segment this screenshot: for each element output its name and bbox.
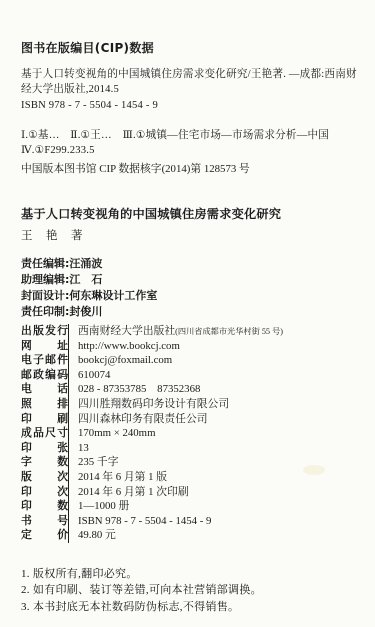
publication-value-cell: 2014 年 6 月第 1 版 — [68, 470, 167, 485]
publication-value: 西南财经大学出版社 — [78, 325, 175, 337]
publication-value-cell: 四川胜翔数码印务设计有限公司 — [68, 397, 229, 412]
publication-value: 四川胜翔数码印务设计有限公司 — [78, 398, 229, 410]
publication-row: 印刷四川森林印务有限责任公司 — [21, 412, 357, 427]
cip-record-block: 基于人口转变视角的中国城镇住房需求变化研究/王艳著. —成都:西南财经大学出版社… — [21, 67, 357, 113]
publication-row: 印张13 — [21, 441, 357, 456]
cip-classification-line1: Ⅰ.①基… Ⅱ.①王… Ⅲ.①城镇—住宅市场—市场需求分析—中国 — [21, 129, 357, 144]
publication-row: 印数1—1000 册 — [21, 499, 357, 514]
notices-list: 1. 版权所有,翻印必究。2. 如有印刷、装订等差错,可向本社营销部调换。3. … — [21, 566, 357, 616]
publication-value-cell: 028 - 87353785 87352368 — [68, 382, 200, 397]
notice-line: 3. 本书封底无本社数码防伪标志,不得销售。 — [21, 599, 357, 616]
cip-record-line: 基于人口转变视角的中国城镇住房需求变化研究/王艳著. —成都:西南财经大学出版社… — [21, 67, 357, 97]
scan-artifact — [303, 465, 325, 475]
staff-role-label: 责任编辑 — [21, 257, 65, 270]
publication-value-cell: bookcj@foxmail.com — [68, 353, 172, 368]
publication-row: 书号ISBN 978 - 7 - 5504 - 1454 - 9 — [21, 514, 357, 529]
staff-row: 责任印制:封俊川 — [21, 304, 357, 320]
publication-value: 1—1000 册 — [78, 500, 129, 512]
publication-label: 照排 — [21, 397, 68, 412]
publication-value: 028 - 87353785 87352368 — [78, 383, 200, 395]
publication-label: 书号 — [21, 514, 68, 529]
publication-value-cell: 49.80 元 — [68, 528, 116, 543]
publication-value-cell: ISBN 978 - 7 - 5504 - 1454 - 9 — [68, 514, 211, 529]
book-title: 基于人口转变视角的中国城镇住房需求变化研究 — [21, 205, 357, 222]
book-copyright-page: 图书在版编目(CIP)数据 基于人口转变视角的中国城镇住房需求变化研究/王艳著.… — [0, 0, 375, 627]
publication-value-cell: 13 — [68, 441, 89, 456]
publication-value-cell: 1—1000 册 — [68, 499, 129, 514]
publication-value-cell: 四川森林印务有限责任公司 — [68, 412, 208, 427]
staff-row: 封面设计:何东琳设计工作室 — [21, 288, 357, 304]
publication-row: 成品尺寸170mm × 240mm — [21, 426, 357, 441]
publication-row: 电话028 - 87353785 87352368 — [21, 382, 357, 397]
publication-label: 电话 — [21, 382, 68, 397]
publication-table: 出版发行西南财经大学出版社(四川省成都市光华村街 55 号)网址http://w… — [21, 324, 357, 543]
staff-list: 责任编辑:汪涌波助理编辑:江 石封面设计:何东琳设计工作室责任印制:封俊川 — [21, 256, 357, 320]
publication-label: 印刷 — [21, 412, 68, 427]
publication-value: 170mm × 240mm — [78, 427, 155, 439]
publication-row: 印次2014 年 6 月第 1 次印刷 — [21, 485, 357, 500]
cip-classification-block: Ⅰ.①基… Ⅱ.①王… Ⅲ.①城镇—住宅市场—市场需求分析—中国 Ⅳ.①F299… — [21, 129, 357, 158]
publication-label: 网址 — [21, 339, 68, 354]
notice-line: 1. 版权所有,翻印必究。 — [21, 566, 357, 583]
staff-role-label: 助理编辑 — [21, 273, 65, 286]
publication-value-cell: http://www.bookcj.com — [68, 339, 180, 354]
publication-value: bookcj@foxmail.com — [78, 354, 172, 366]
publication-label: 电子邮件 — [21, 353, 68, 368]
publication-row: 邮政编码610074 — [21, 368, 357, 383]
cip-registry-line: 中国版本图书馆 CIP 数据核字(2014)第 128573 号 — [21, 162, 357, 177]
publication-label: 版次 — [21, 470, 68, 485]
publication-value: 610074 — [78, 369, 110, 381]
publication-label: 邮政编码 — [21, 368, 68, 383]
publication-value: http://www.bookcj.com — [78, 340, 180, 352]
publication-row: 电子邮件bookcj@foxmail.com — [21, 353, 357, 368]
publication-value-cell: 610074 — [68, 368, 110, 383]
publication-value-cell: 2014 年 6 月第 1 次印刷 — [68, 485, 189, 500]
publication-label: 印张 — [21, 441, 68, 456]
staff-role-label: 封面设计 — [21, 289, 65, 302]
publication-row: 照排四川胜翔数码印务设计有限公司 — [21, 397, 357, 412]
cip-classification-line2: Ⅳ.①F299.233.5 — [21, 144, 357, 159]
publication-value: 13 — [78, 442, 89, 454]
staff-row: 责任编辑:汪涌波 — [21, 256, 357, 272]
publication-row: 网址http://www.bookcj.com — [21, 339, 357, 354]
publication-value-cell: 235 千字 — [68, 455, 119, 470]
publication-value: 235 千字 — [78, 456, 119, 468]
publication-value-cell: 170mm × 240mm — [68, 426, 155, 441]
staff-name: 何东琳设计工作室 — [69, 289, 157, 302]
notice-line: 2. 如有印刷、装订等差错,可向本社营销部调换。 — [21, 582, 357, 599]
staff-role-label: 责任印制 — [21, 305, 65, 318]
publication-row: 出版发行西南财经大学出版社(四川省成都市光华村街 55 号) — [21, 324, 357, 339]
cip-header: 图书在版编目(CIP)数据 — [21, 39, 357, 56]
publication-row: 定价49.80 元 — [21, 528, 357, 543]
staff-row: 助理编辑:江 石 — [21, 272, 357, 288]
book-author: 王 艳 著 — [21, 227, 357, 243]
staff-name: 封俊川 — [69, 305, 102, 318]
publication-label: 定价 — [21, 528, 68, 543]
publication-value-note: (四川省成都市光华村街 55 号) — [175, 327, 283, 336]
publication-value: ISBN 978 - 7 - 5504 - 1454 - 9 — [78, 515, 211, 527]
publication-value: 2014 年 6 月第 1 次印刷 — [78, 486, 189, 498]
publication-label: 字数 — [21, 455, 68, 470]
staff-name: 汪涌波 — [69, 257, 102, 270]
publication-value: 四川森林印务有限责任公司 — [78, 413, 208, 425]
publication-value: 49.80 元 — [78, 529, 116, 541]
publication-value-cell: 西南财经大学出版社(四川省成都市光华村街 55 号) — [68, 324, 283, 339]
staff-name: 江 石 — [69, 273, 102, 286]
publication-label: 印数 — [21, 499, 68, 514]
cip-isbn-line: ISBN 978 - 7 - 5504 - 1454 - 9 — [21, 98, 357, 113]
publication-value: 2014 年 6 月第 1 版 — [78, 471, 167, 483]
publication-label: 成品尺寸 — [21, 426, 68, 441]
publication-label: 印次 — [21, 485, 68, 500]
publication-label: 出版发行 — [21, 324, 68, 339]
